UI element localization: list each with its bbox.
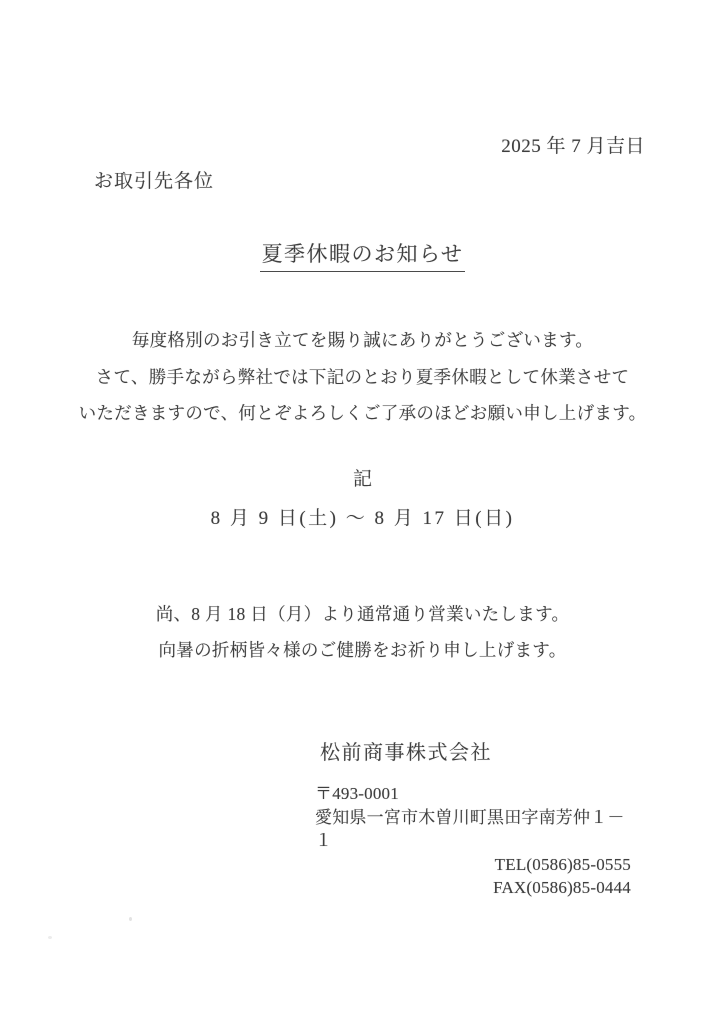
fax-number: FAX(0586)85-0444 — [315, 876, 631, 900]
signature-block: 松前商事株式会社 〒493-0001 愛知県一宮市木曽川町黒田字南芳仲１－１ T… — [315, 736, 631, 900]
body-line: 毎度格別のお引き立てを賜り誠にありがとうございます。 — [0, 322, 725, 359]
body-line: さて、勝手ながら弊社では下記のとおり夏季休暇として休業させて — [0, 359, 725, 396]
title-container: 夏季休暇のお知らせ — [0, 238, 725, 272]
holiday-period: 8 月 9 日(土) ～ 8 月 17 日(日) — [0, 503, 725, 530]
document-date: 2025 年 7 月吉日 — [501, 131, 645, 158]
letter-page: 2025 年 7 月吉日 お取引先各位 夏季休暇のお知らせ 毎度格別のお引き立て… — [0, 0, 725, 1024]
scan-speck — [48, 936, 52, 939]
note-line: 向暑の折柄皆々様のご健勝をお祈り申し上げます。 — [0, 632, 725, 668]
company-address: 愛知県一宮市木曽川町黒田字南芳仲１－１ — [315, 806, 631, 853]
closing-notes: 尚、8 月 18 日（月）より通常通り営業いたします。 向暑の折柄皆々様のご健勝… — [0, 596, 725, 668]
company-info: 〒493-0001 愛知県一宮市木曽川町黒田字南芳仲１－１ TEL(0586)8… — [315, 782, 631, 900]
postal-code: 〒493-0001 — [315, 782, 631, 806]
body-line: いただきますので、何とぞよろしくご了承のほどお願い申し上げます。 — [0, 395, 725, 432]
body-paragraph: 毎度格別のお引き立てを賜り誠にありがとうございます。 さて、勝手ながら弊社では下… — [0, 322, 725, 432]
tel-number: TEL(0586)85-0555 — [315, 853, 631, 877]
note-line: 尚、8 月 18 日（月）より通常通り営業いたします。 — [0, 596, 725, 632]
scan-speck — [129, 917, 132, 921]
record-marker: 記 — [0, 464, 725, 491]
recipient: お取引先各位 — [94, 166, 214, 193]
notice-title: 夏季休暇のお知らせ — [260, 238, 466, 272]
company-name: 松前商事株式会社 — [320, 736, 631, 765]
